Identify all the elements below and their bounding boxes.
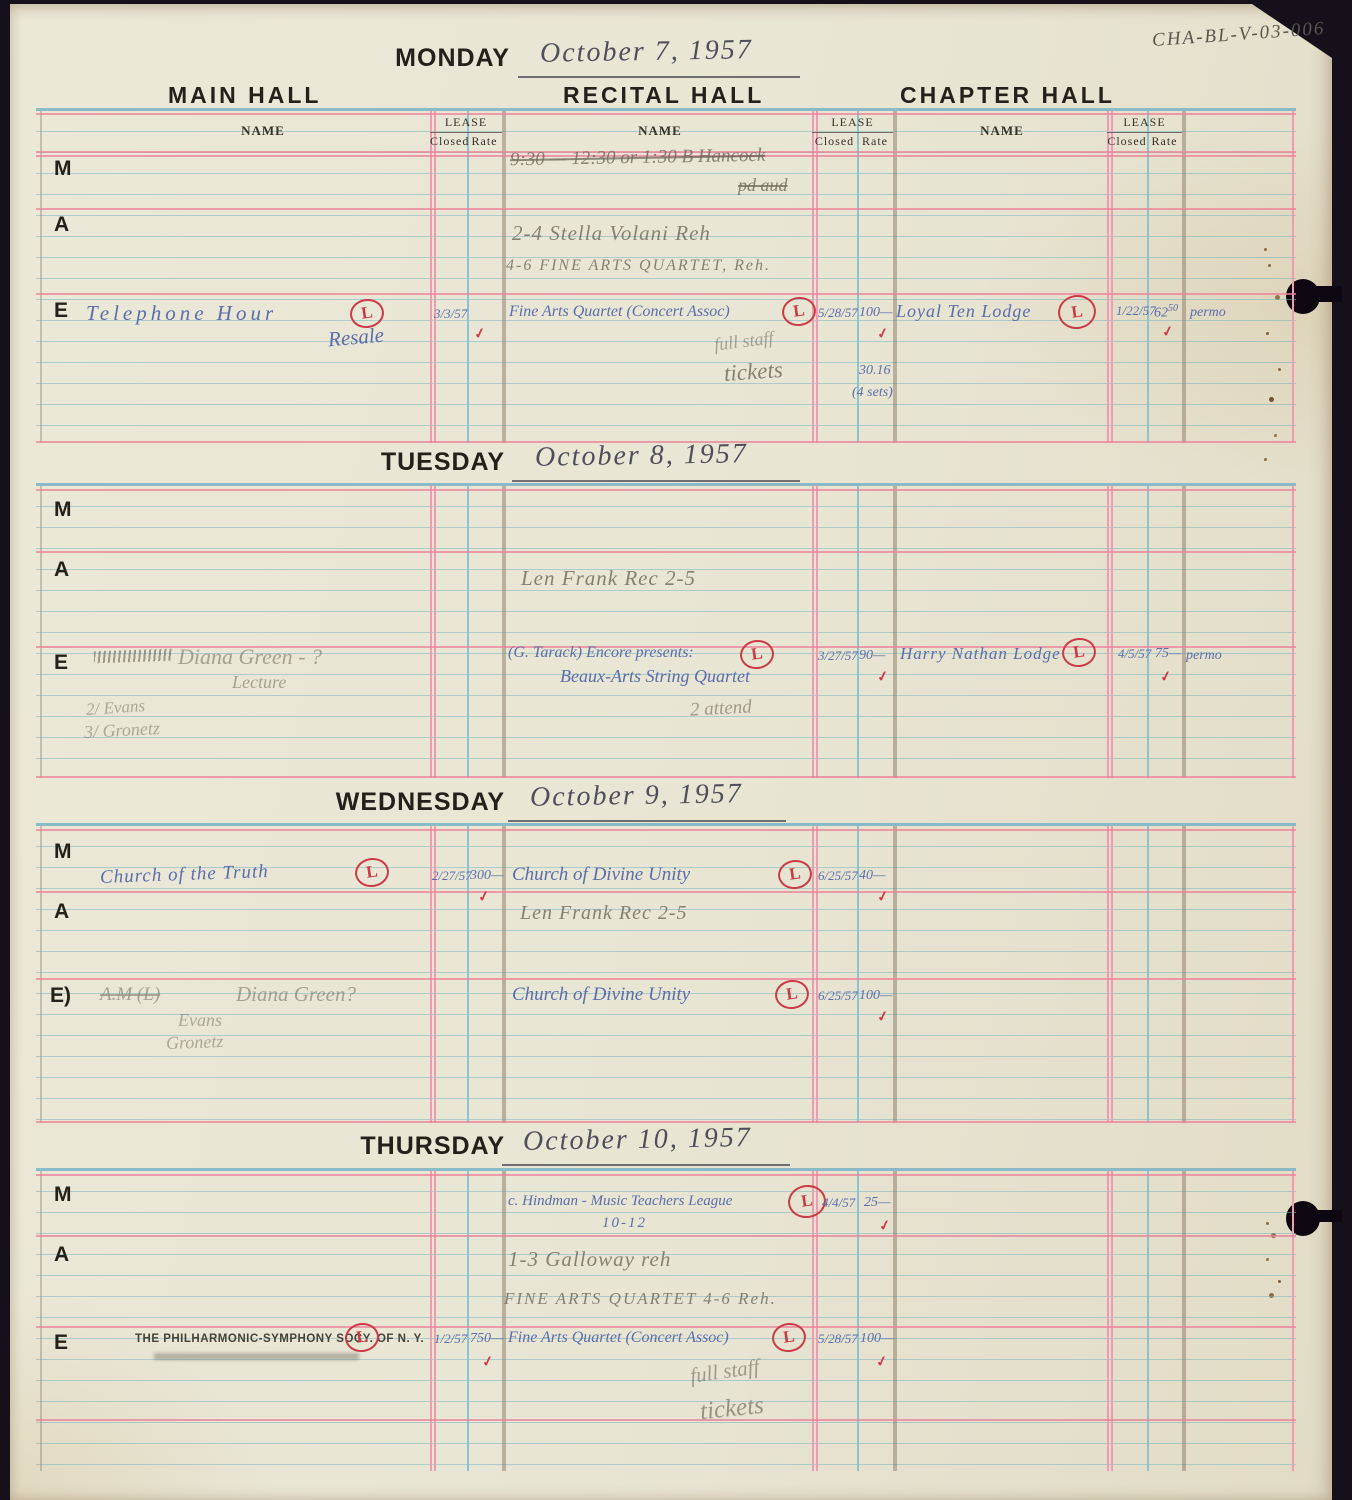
entry-amount-note: (4 sets) — [852, 385, 893, 401]
check-mark: ✓ — [1160, 322, 1175, 341]
row-label-evening: E — [54, 299, 68, 323]
column-header-name: NAME — [96, 123, 430, 139]
day-title-monday: MONDAY — [40, 44, 510, 73]
row-divider — [36, 891, 1296, 893]
row-label-afternoon: A — [54, 213, 69, 237]
entry-booking-name: Fine Arts Quartet (Concert Assoc) — [509, 303, 730, 321]
entry-booking-name: Loyal Ten Lodge — [896, 301, 1031, 322]
check-mark: ✓ — [875, 667, 890, 686]
entry-note: Gronetz — [166, 1031, 224, 1054]
row-label-evening: E — [54, 1331, 68, 1355]
entry-booking-name: Beaux-Arts String Quartet — [560, 666, 750, 687]
check-mark: ✓ — [875, 1007, 890, 1026]
entry-stamped-name: THE PHILHARMONIC-SYMPHONY SOCY. OF N. Y. — [135, 1333, 424, 1345]
lease-rule — [430, 132, 502, 133]
date-underline — [512, 480, 800, 482]
hall-title-main: MAIN HALL — [168, 82, 321, 109]
column-header-closed: Closed — [812, 134, 857, 149]
lease-rate: 25— — [864, 1195, 890, 1211]
lease-header: LEASE — [1107, 115, 1182, 130]
lease-closed-date: 5/28/57 — [818, 305, 858, 321]
ledger-page-scan: CHA-BL-V-03-006 MONDAY October 7, 1957 M… — [0, 0, 1352, 1500]
lease-closed-date: 4/4/57 — [822, 1195, 855, 1211]
entry-booking-name: Diana Green? — [236, 982, 356, 1007]
entry-rehearsal: 1-3 Galloway reh — [508, 1247, 671, 1272]
hall-title-chapter: CHAPTER HALL — [900, 82, 1115, 109]
lease-closed-date: 5/28/57 — [818, 1331, 858, 1347]
column-header-rate: Rate — [857, 134, 893, 149]
entry-crossed-out: 9:30 — 12:30 or 1:30 B Hancock — [510, 145, 766, 171]
circled-l-mark: L — [773, 978, 811, 1011]
lease-rate: 100— — [859, 305, 892, 321]
lease-closed-date: 3/3/57 — [434, 306, 467, 322]
stamp-smudge — [154, 1353, 359, 1360]
row-divider — [36, 489, 1296, 491]
check-mark: ✓ — [476, 887, 491, 906]
entry-booking-name: (G. Tarack) Encore presents: — [508, 644, 694, 662]
entry-time: 10-12 — [602, 1215, 647, 1232]
check-mark: ✓ — [1158, 667, 1173, 686]
row-divider — [36, 208, 1296, 210]
entry-note: 2 attend — [689, 696, 752, 721]
lease-rate: 750— — [470, 1331, 503, 1347]
lease-closed-date: 1/22/57 — [1116, 303, 1156, 319]
row-label-morning: M — [54, 840, 72, 864]
row-label-morning: M — [54, 1183, 72, 1207]
column-header-closed: Closed — [430, 134, 467, 149]
lease-rate: 6250 — [1154, 303, 1178, 322]
lease-rule — [812, 132, 893, 133]
entry-note: tickets — [699, 1392, 765, 1427]
entry-note: full staff — [713, 327, 775, 355]
date-underline — [508, 820, 786, 822]
circled-l-mark: L — [1056, 293, 1098, 332]
entry-booking-name: Telephone Hour — [86, 301, 277, 326]
hall-title-recital: RECITAL HALL — [563, 82, 764, 109]
row-divider — [36, 776, 1296, 778]
date-handwritten-wednesday: October 9, 1957 — [530, 778, 743, 814]
column-header-name: NAME — [897, 123, 1107, 139]
row-label-afternoon: A — [54, 1243, 69, 1267]
date-underline — [518, 76, 800, 78]
lease-header: LEASE — [812, 115, 893, 130]
entry-booking-name: Diana Green - ? — [178, 644, 322, 670]
lease-closed-date: 6/25/57 — [818, 988, 858, 1004]
lease-rate: 100— — [860, 1331, 893, 1347]
monday-table: NAME LEASE Closed Rate NAME LEASE Closed… — [36, 108, 1296, 443]
entry-rehearsal: Len Frank Rec 2-5 — [521, 566, 696, 591]
check-mark: ✓ — [877, 1216, 892, 1235]
date-handwritten-thursday: October 10, 1957 — [523, 1122, 752, 1158]
entry-booking-name: Church of the Truth — [100, 861, 269, 889]
day-title-thursday: THURSDAY — [35, 1132, 505, 1161]
lease-rate: 90— — [859, 648, 885, 664]
row-divider — [36, 551, 1296, 553]
row-divider — [36, 829, 1296, 831]
date-underline — [502, 1164, 790, 1166]
entry-amount-note: 30.16 — [859, 363, 891, 379]
row-label-evening: E — [54, 651, 68, 675]
entry-rehearsal: 4-6 FINE ARTS QUARTET, Reh. — [506, 257, 771, 275]
lease-closed-date: 1/2/57 — [434, 1331, 467, 1347]
circled-l-mark: L — [776, 858, 814, 891]
tuesday-table: M A E Len Frank Rec 2-5 Diana Green - ? … — [36, 483, 1296, 778]
lease-rate: 40— — [859, 868, 885, 884]
lease-rate-note: permo — [1186, 648, 1222, 664]
check-mark: ✓ — [874, 1352, 889, 1371]
entry-note: 2/ Evans — [85, 696, 145, 720]
entry-rehearsal: FINE ARTS QUARTET 4-6 Reh. — [504, 1289, 777, 1309]
date-handwritten-monday: October 7, 1957 — [540, 34, 753, 70]
entry-booking-name: Church of Divine Unity — [512, 864, 690, 886]
entry-note: Evans — [178, 1010, 222, 1031]
rate-value: 62 — [1154, 306, 1168, 321]
entry-note: Resale — [327, 323, 385, 353]
circled-l-mark: L — [353, 856, 391, 889]
wednesday-table: M A E) Church of the Truth L 2/27/57 300… — [36, 823, 1296, 1123]
row-divider — [36, 978, 1296, 980]
column-header-rate: Rate — [467, 134, 502, 149]
lease-closed-date: 2/27/57 — [432, 868, 472, 884]
entry-booking-name: Church of Divine Unity — [512, 984, 690, 1006]
circled-l-mark: L — [1060, 636, 1098, 669]
column-header-closed: Closed — [1107, 134, 1147, 149]
row-label-afternoon: A — [54, 558, 69, 582]
row-divider — [36, 1174, 1296, 1176]
check-mark: ✓ — [875, 324, 890, 343]
entry-rehearsal: Len Frank Rec 2-5 — [520, 902, 688, 925]
scribbled-entry — [94, 649, 172, 664]
row-divider — [36, 1326, 1296, 1328]
entry-note: full staff — [689, 1354, 761, 1388]
row-label-morning: M — [54, 157, 72, 181]
lease-rate: 100— — [859, 988, 892, 1004]
lease-rate-note: permo — [1190, 305, 1226, 321]
check-mark: ✓ — [472, 324, 487, 343]
lease-rate: 75— — [1155, 646, 1181, 662]
entry-booking-name: Fine Arts Quartet (Concert Assoc) — [508, 1329, 729, 1347]
entry-rehearsal: 2-4 Stella Volani Reh — [512, 221, 711, 246]
circled-l-mark: L — [780, 295, 818, 328]
entry-note: 3/ Gronetz — [84, 718, 161, 743]
lease-rule — [1107, 132, 1182, 133]
rate-cents: 50 — [1168, 303, 1178, 314]
day-title-wednesday: WEDNESDAY — [35, 788, 505, 817]
column-header-name: NAME — [508, 123, 812, 139]
entry-note: Lecture — [232, 672, 286, 693]
check-mark: ✓ — [480, 1352, 495, 1371]
date-handwritten-tuesday: October 8, 1957 — [535, 438, 748, 474]
day-title-tuesday: TUESDAY — [35, 448, 505, 477]
lease-header: LEASE — [430, 115, 502, 130]
row-label-morning: M — [54, 498, 72, 522]
row-divider — [36, 1419, 1296, 1421]
row-divider — [36, 1235, 1296, 1237]
entry-crossed-out: pd aud — [738, 175, 788, 196]
entry-booking-name: Harry Nathan Lodge — [900, 644, 1061, 664]
lease-rate: 300— — [470, 868, 503, 884]
punch-hole-tear — [1304, 286, 1342, 302]
entry-note: tickets — [723, 357, 783, 387]
lease-closed-date: 4/5/57 — [1118, 646, 1151, 662]
row-label-evening: E) — [50, 984, 71, 1008]
lease-closed-date: 3/27/57 — [818, 648, 858, 664]
punch-hole-tear — [1308, 1210, 1342, 1222]
column-header-rate: Rate — [1147, 134, 1182, 149]
entry-booking-name: c. Hindman - Music Teachers League — [508, 1193, 732, 1210]
entry-crossed-out: A.M (L) — [100, 984, 160, 1006]
check-mark: ✓ — [875, 887, 890, 906]
row-label-afternoon: A — [54, 900, 69, 924]
lease-closed-date: 6/25/57 — [818, 868, 858, 884]
row-divider — [36, 293, 1296, 295]
thursday-table: M A E c. Hindman - Music Teachers League… — [36, 1168, 1296, 1471]
